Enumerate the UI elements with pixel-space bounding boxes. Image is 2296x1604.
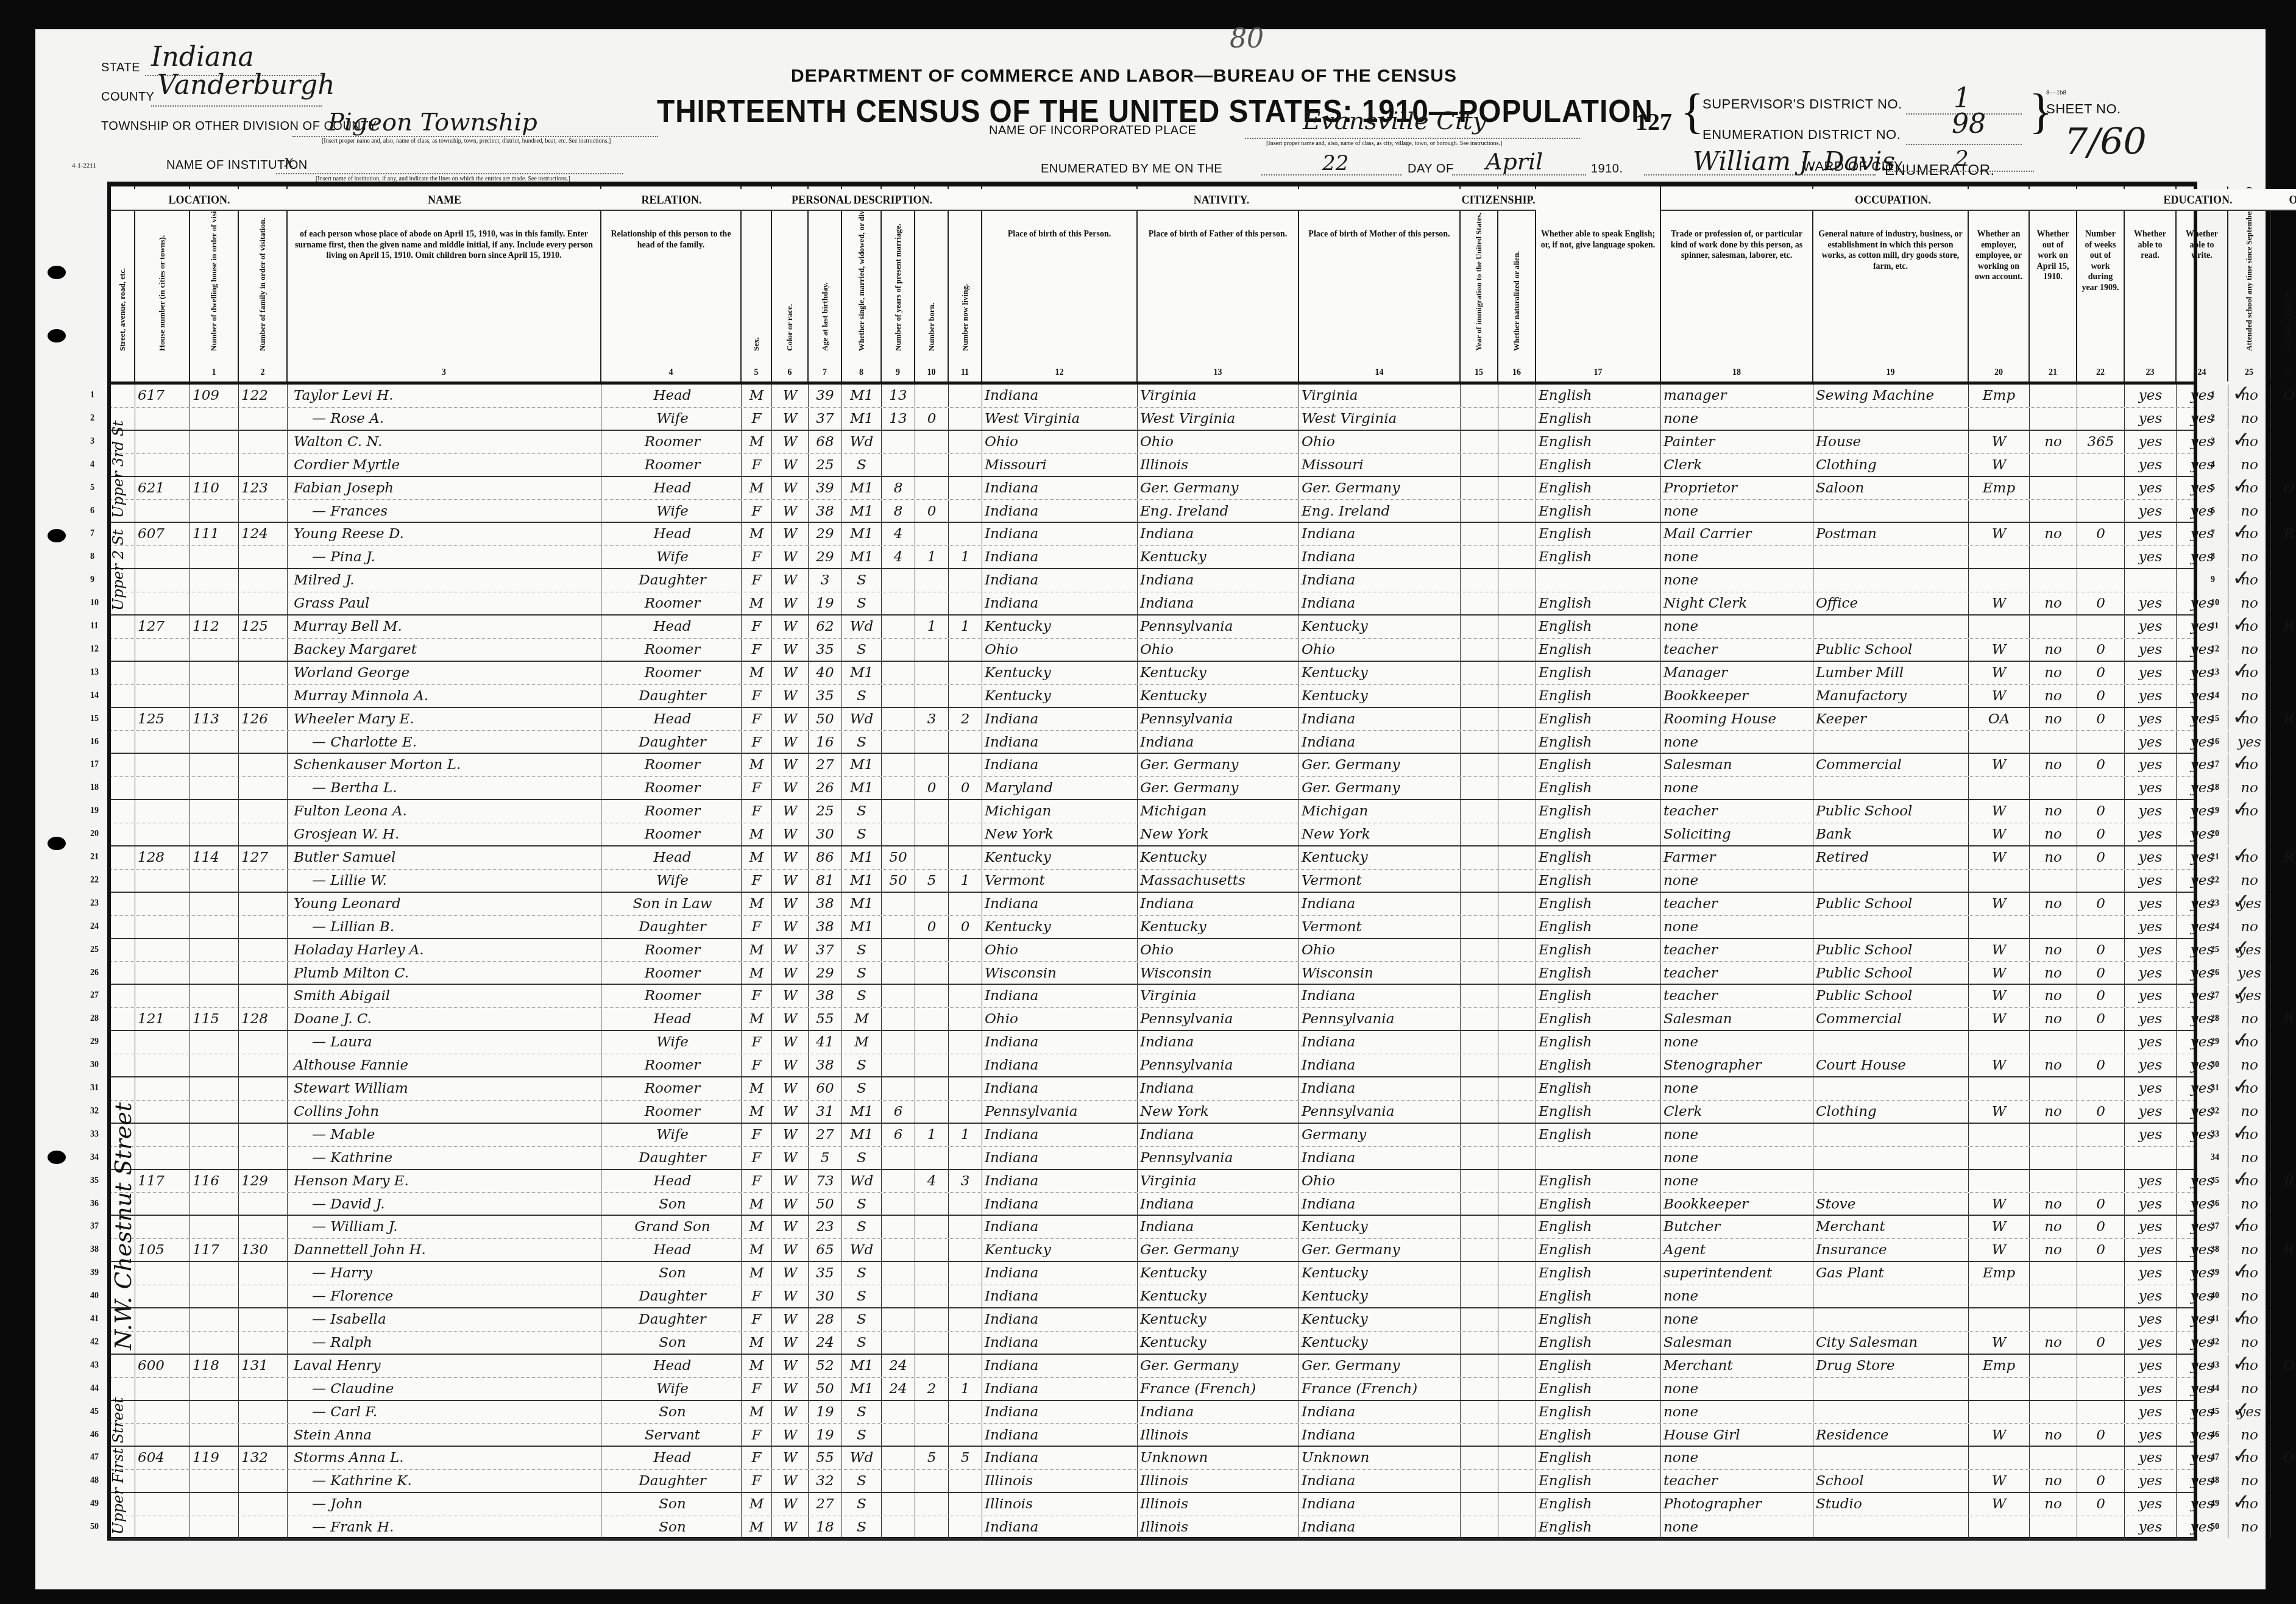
cell-marital: S [842, 1077, 882, 1100]
cell-read: yes [2125, 1101, 2177, 1123]
cell-sex: F [742, 1470, 772, 1492]
cell-school: no [2228, 408, 2271, 430]
cell-out-of-work [2030, 1378, 2077, 1400]
line-number-right: 39 [2211, 1268, 2219, 1278]
cell-relation: Roomer [601, 754, 742, 776]
cell-years-married [882, 1216, 915, 1238]
line-number-left: 22 [90, 876, 99, 885]
cell-street [111, 893, 135, 915]
cell-mother-birth: Indiana [1299, 1493, 1461, 1516]
cell-relation: Servant [601, 1424, 742, 1446]
cell-industry [1813, 777, 1969, 799]
line-number-right: 44 [2211, 1384, 2219, 1394]
cell-c16 [1498, 1401, 1536, 1424]
cell-weeks [2077, 1170, 2125, 1193]
cell-trade: Salesman [1661, 1008, 1813, 1030]
cell-class: W [1969, 800, 2030, 823]
township-note: [Insert proper name and, also, name of c… [322, 138, 611, 144]
check-mark-icon: ✓ [2232, 1074, 2250, 1099]
cell-c16 [1498, 1008, 1536, 1030]
cell-class: W [1969, 454, 2030, 476]
table-row: 127112125Murray Bell M.HeadFW62Wd11Kentu… [111, 616, 2194, 639]
cell-mother-birth: Kentucky [1299, 1216, 1461, 1238]
cell-family [239, 1262, 288, 1285]
cell-years-married [882, 985, 915, 1007]
cell-name: Henson Mary E. [288, 1170, 601, 1193]
group-header-name: NAME [288, 189, 601, 211]
cell-read: yes [2125, 639, 2177, 661]
cell-industry: Studio [1813, 1493, 1969, 1516]
table-row: — JohnSonMW27SIllinoisIllinoisIndianaEng… [111, 1493, 2194, 1516]
cell-out-of-work: no [2030, 985, 2077, 1007]
cell-marital: S [842, 985, 882, 1007]
cell-out-of-work [2030, 616, 2077, 638]
line-number-right: 46 [2211, 1430, 2219, 1440]
cell-write: yes [2177, 708, 2228, 731]
cell-c15 [1461, 1493, 1498, 1516]
incorporated-place-label: Name of incorporated place [989, 124, 1196, 138]
check-mark-icon: ✓ [2232, 566, 2250, 591]
cell-mother-birth: New York [1299, 823, 1461, 845]
cell-own: R [2271, 1170, 2296, 1193]
cell-industry [1813, 1031, 1969, 1054]
cell-c15 [1461, 754, 1498, 776]
cell-school: no [2228, 1470, 2271, 1492]
cell-trade: none [1661, 870, 1813, 892]
cell-c16 [1498, 454, 1536, 476]
table-row: — RalphSonMW24SIndianaKentuckyKentuckyEn… [111, 1332, 2194, 1355]
cell-out-of-work [2030, 454, 2077, 476]
cell-read: yes [2125, 754, 2177, 776]
cell-house [135, 1308, 190, 1331]
cell-mother-birth: Indiana [1299, 1077, 1461, 1100]
cell-dwelling [190, 1332, 239, 1354]
cell-father-birth: Virginia [1138, 385, 1299, 407]
cell-house: 117 [135, 1170, 190, 1193]
cell-birth: Kentucky [982, 662, 1138, 684]
cell-birth: Vermont [982, 870, 1138, 892]
cell-years-married [882, 1516, 915, 1538]
cell-race: W [772, 408, 809, 430]
cell-write: yes [2177, 1470, 2228, 1492]
cell-name: Fulton Leona A. [288, 800, 601, 823]
cell-write: yes [2177, 846, 2228, 869]
cell-english: English [1536, 1285, 1661, 1307]
cell-marital: Wd [842, 708, 882, 731]
table-row: — HarrySonMW35SIndianaKentuckyKentuckyEn… [111, 1262, 2194, 1285]
cell-age: 40 [809, 662, 842, 684]
cell-name: — Laura [288, 1031, 601, 1054]
cell-family [239, 431, 288, 453]
cell-out-of-work: no [2030, 1216, 2077, 1238]
cell-sex: M [742, 1101, 772, 1123]
cell-class [1969, 1401, 2030, 1424]
cell-father-birth: Indiana [1138, 1031, 1299, 1054]
cell-relation: Son [601, 1332, 742, 1354]
cell-father-birth: Indiana [1138, 569, 1299, 592]
cell-street [111, 1031, 135, 1054]
cell-read: yes [2125, 731, 2177, 753]
cell-c15 [1461, 685, 1498, 707]
cell-race: W [772, 1332, 809, 1354]
cell-trade: Bookkeeper [1661, 1193, 1813, 1215]
cell-age: 73 [809, 1170, 842, 1193]
cell-class: W [1969, 1239, 2030, 1261]
line-number-right: 37 [2211, 1222, 2219, 1232]
cell-family [239, 870, 288, 892]
cell-mother-birth: Kentucky [1299, 1332, 1461, 1354]
cell-read: yes [2125, 985, 2177, 1007]
cell-out-of-work [2030, 1447, 2077, 1469]
cell-dwelling [190, 1401, 239, 1424]
cell-weeks: 0 [2077, 754, 2125, 776]
cell-own: R [2271, 523, 2296, 545]
sheet-label: Sheet No. [2046, 101, 2121, 117]
cell-relation: Son [601, 1401, 742, 1424]
cell-birth: Indiana [982, 1285, 1138, 1307]
cell-mother-birth: Kentucky [1299, 662, 1461, 684]
cell-trade: Manager [1661, 662, 1813, 684]
cell-weeks: 365 [2077, 431, 2125, 453]
cell-own: R [2271, 1008, 2296, 1030]
cell-age: 30 [809, 1285, 842, 1307]
cell-industry: Court House [1813, 1054, 1969, 1076]
cell-own [2271, 454, 2296, 476]
cell-house [135, 823, 190, 845]
cell-write: yes [2177, 639, 2228, 661]
cell-living [949, 800, 982, 823]
cell-born [915, 1401, 949, 1424]
cell-weeks [2077, 1401, 2125, 1424]
cell-class [1969, 1308, 2030, 1331]
cell-industry: Lumber Mill [1813, 662, 1969, 684]
cell-own [2271, 1077, 2296, 1100]
cell-school: no [2228, 1332, 2271, 1354]
line-number-left: 32 [90, 1107, 99, 1116]
cell-age: 18 [809, 1516, 842, 1538]
cell-age: 24 [809, 1332, 842, 1354]
check-mark-icon: ✓ [2232, 658, 2250, 683]
cell-english: English [1536, 685, 1661, 707]
column-header-27: Attended school any time since September… [2228, 186, 2271, 381]
cell-age: 19 [809, 1424, 842, 1446]
cell-father-birth: Indiana [1138, 893, 1299, 915]
cell-birth: Indiana [982, 1124, 1138, 1146]
cell-sex: M [742, 846, 772, 869]
cell-out-of-work: no [2030, 1008, 2077, 1030]
cell-industry [1813, 731, 1969, 753]
cell-name: — Bertha L. [288, 777, 601, 799]
cell-age: 19 [809, 592, 842, 614]
cell-born: 3 [915, 708, 949, 731]
cell-dwelling [190, 639, 239, 661]
cell-sex: F [742, 546, 772, 568]
cell-house [135, 546, 190, 568]
cell-read: yes [2125, 385, 2177, 407]
cell-trade: Proprietor [1661, 477, 1813, 500]
cell-c15 [1461, 985, 1498, 1007]
cell-out-of-work: no [2030, 1493, 2077, 1516]
line-number-left: 49 [90, 1499, 99, 1509]
cell-marital: M1 [842, 385, 882, 407]
cell-relation: Daughter [601, 685, 742, 707]
cell-out-of-work: no [2030, 962, 2077, 984]
cell-street [111, 777, 135, 799]
table-row: 617109122Taylor Levi H.HeadMW39M113India… [111, 385, 2194, 408]
cell-living: 2 [949, 708, 982, 731]
cell-mother-birth: Missouri [1299, 454, 1461, 476]
cell-dwelling [190, 1285, 239, 1307]
cell-father-birth: Indiana [1138, 1401, 1299, 1424]
cell-living [949, 1077, 982, 1100]
cell-read: yes [2125, 1216, 2177, 1238]
cell-birth: Indiana [982, 385, 1138, 407]
cell-living [949, 893, 982, 915]
table-row: — Pina J.WifeFW29M1411IndianaKentuckyInd… [111, 546, 2194, 569]
line-number-left: 5 [90, 483, 94, 493]
cell-birth: Indiana [982, 1424, 1138, 1446]
cell-mother-birth: Unknown [1299, 1447, 1461, 1469]
cell-family: 127 [239, 846, 288, 869]
cell-marital: S [842, 939, 882, 962]
cell-born [915, 800, 949, 823]
cell-age: 16 [809, 731, 842, 753]
table-row: — LauraWifeFW41MIndianaIndianaIndianaEng… [111, 1031, 2194, 1054]
cell-weeks: 0 [2077, 1008, 2125, 1030]
cell-age: 38 [809, 985, 842, 1007]
cell-years-married [882, 569, 915, 592]
cell-years-married [882, 823, 915, 845]
cell-born [915, 1470, 949, 1492]
cell-born [915, 639, 949, 661]
cell-weeks [2077, 1308, 2125, 1331]
cell-father-birth: Pennsylvania [1138, 1147, 1299, 1169]
cell-english: English [1536, 662, 1661, 684]
cell-class: Emp [1969, 385, 2030, 407]
cell-born [915, 1147, 949, 1169]
cell-race: W [772, 1493, 809, 1516]
cell-weeks [2077, 1124, 2125, 1146]
cell-english: English [1536, 870, 1661, 892]
line-number-right: 10 [2211, 598, 2219, 608]
cell-sex: M [742, 431, 772, 453]
cell-sex: F [742, 800, 772, 823]
column-header-9: Age at last birthday.7 [809, 186, 842, 381]
line-number-left: 21 [90, 853, 99, 862]
table-row: — FrancesWifeFW38M180IndianaEng. Ireland… [111, 500, 2194, 523]
column-header-6: Relationship of this person to the head … [601, 186, 742, 381]
cell-write: yes [2177, 1054, 2228, 1076]
cell-father-birth: Indiana [1138, 1216, 1299, 1238]
cell-house [135, 1101, 190, 1123]
cell-industry: Merchant [1813, 1216, 1969, 1238]
cell-house: 128 [135, 846, 190, 869]
cell-born [915, 962, 949, 984]
cell-relation: Roomer [601, 823, 742, 845]
cell-english: English [1536, 1355, 1661, 1377]
cell-marital: S [842, 1470, 882, 1492]
cell-name: — Florence [288, 1285, 601, 1307]
cell-c15 [1461, 1008, 1498, 1030]
cell-age: 32 [809, 1470, 842, 1492]
cell-birth: Indiana [982, 1308, 1138, 1331]
cell-read: yes [2125, 708, 2177, 731]
cell-read: yes [2125, 1308, 2177, 1331]
cell-race: W [772, 708, 809, 731]
cell-write: yes [2177, 385, 2228, 407]
cell-c15 [1461, 1170, 1498, 1193]
cell-birth: Indiana [982, 1031, 1138, 1054]
ward-value: 2 [1955, 146, 1969, 171]
cell-name: — Isabella [288, 1308, 601, 1331]
cell-class: W [1969, 1216, 2030, 1238]
cell-birth: Kentucky [982, 616, 1138, 638]
cell-class: W [1969, 1493, 2030, 1516]
cell-mother-birth: Kentucky [1299, 1308, 1461, 1331]
group-header-nativity: NATIVITY. [982, 189, 1461, 211]
cell-age: 37 [809, 408, 842, 430]
cell-marital: Wd [842, 616, 882, 638]
cell-years-married [882, 1401, 915, 1424]
cell-father-birth: New York [1138, 1101, 1299, 1123]
cell-own [2271, 985, 2296, 1007]
cell-english: English [1536, 454, 1661, 476]
line-number-right: 30 [2211, 1060, 2219, 1070]
cell-industry [1813, 1147, 1969, 1169]
cell-born [915, 1239, 949, 1261]
cell-race: W [772, 1285, 809, 1307]
cell-years-married [882, 1031, 915, 1054]
cell-dwelling [190, 1101, 239, 1123]
line-number-left: 7 [90, 529, 94, 539]
cell-name: Butler Samuel [288, 846, 601, 869]
cell-dwelling [190, 962, 239, 984]
cell-father-birth: Kentucky [1138, 1308, 1299, 1331]
cell-sex: F [742, 639, 772, 661]
cell-relation: Head [601, 523, 742, 545]
cell-read: yes [2125, 592, 2177, 614]
cell-c15 [1461, 846, 1498, 869]
table-row: — Kathrine K.DaughterFW32SIllinoisIllino… [111, 1470, 2194, 1493]
check-mark-icon: ✓ [2232, 1397, 2250, 1422]
cell-name: Grosjean W. H. [288, 823, 601, 845]
cell-c16 [1498, 754, 1536, 776]
cell-english: English [1536, 523, 1661, 545]
cell-read: yes [2125, 777, 2177, 799]
cell-trade: Night Clerk [1661, 592, 1813, 614]
cell-race: W [772, 1147, 809, 1169]
cell-class: W [1969, 1008, 2030, 1030]
cell-street [111, 823, 135, 845]
line-number-right: 20 [2211, 829, 2219, 839]
cell-living [949, 731, 982, 753]
cell-born: 5 [915, 1447, 949, 1469]
cell-relation: Roomer [601, 962, 742, 984]
cell-own [2271, 1285, 2296, 1307]
cell-weeks: 0 [2077, 893, 2125, 915]
cell-own [2271, 916, 2296, 938]
cell-race: W [772, 1447, 809, 1469]
cell-name: — Lillian B. [288, 916, 601, 938]
cell-out-of-work: no [2030, 846, 2077, 869]
cell-trade: Butcher [1661, 1216, 1813, 1238]
cell-name: Collins John [288, 1101, 601, 1123]
cell-age: 29 [809, 962, 842, 984]
cell-family [239, 893, 288, 915]
cell-own [2271, 1031, 2296, 1054]
cell-family: 128 [239, 1008, 288, 1030]
line-number-right: 9 [2211, 575, 2215, 585]
cell-c15 [1461, 823, 1498, 845]
cell-c15 [1461, 1262, 1498, 1285]
cell-relation: Head [601, 385, 742, 407]
cell-c16 [1498, 893, 1536, 915]
cell-industry: Insurance [1813, 1239, 1969, 1261]
cell-own [2271, 408, 2296, 430]
cell-sex: M [742, 1401, 772, 1424]
cell-born: 4 [915, 1170, 949, 1193]
check-mark-icon: ✓ [2232, 1166, 2250, 1191]
line-number-left: 42 [90, 1338, 99, 1347]
cell-birth: Indiana [982, 985, 1138, 1007]
cell-trade: none [1661, 1285, 1813, 1307]
cell-relation: Roomer [601, 800, 742, 823]
line-number-left: 45 [90, 1407, 99, 1417]
cell-class: W [1969, 823, 2030, 845]
cell-write: yes [2177, 1285, 2228, 1307]
cell-race: W [772, 662, 809, 684]
cell-own [2271, 569, 2296, 592]
line-number-left: 9 [90, 575, 94, 585]
cell-race: W [772, 616, 809, 638]
cell-relation: Head [601, 1170, 742, 1193]
cell-c16 [1498, 777, 1536, 799]
cell-mother-birth: Pennsylvania [1299, 1008, 1461, 1030]
cell-living [949, 1285, 982, 1307]
check-mark-icon: ✓ [2232, 427, 2250, 452]
cell-living: 1 [949, 616, 982, 638]
cell-father-birth: Ger. Germany [1138, 477, 1299, 500]
line-number-right: 15 [2211, 714, 2219, 724]
table-row: 125113126Wheeler Mary E.HeadFW50Wd32Indi… [111, 708, 2194, 731]
cell-mother-birth: Kentucky [1299, 685, 1461, 707]
cell-house [135, 1124, 190, 1146]
cell-house [135, 893, 190, 915]
cell-write: yes [2177, 1332, 2228, 1354]
binder-hole [48, 329, 66, 342]
cell-race: W [772, 1378, 809, 1400]
cell-industry [1813, 1124, 1969, 1146]
cell-dwelling [190, 777, 239, 799]
cell-dwelling [190, 431, 239, 453]
cell-sex: M [742, 893, 772, 915]
line-number-right: 3 [2211, 437, 2215, 447]
cell-c15 [1461, 1216, 1498, 1238]
cell-house: 121 [135, 1008, 190, 1030]
cell-own [2271, 962, 2296, 984]
cell-read [2125, 569, 2177, 592]
cell-industry: Manufactory [1813, 685, 1969, 707]
cell-industry: Sewing Machine [1813, 385, 1969, 407]
cell-out-of-work: no [2030, 685, 2077, 707]
cell-mother-birth: Eng. Ireland [1299, 500, 1461, 522]
cell-mother-birth: Indiana [1299, 708, 1461, 731]
cell-own [2271, 1470, 2296, 1492]
line-number-left: 12 [90, 645, 99, 655]
cell-street [111, 731, 135, 753]
cell-relation: Wife [601, 870, 742, 892]
cell-write: yes [2177, 731, 2228, 753]
